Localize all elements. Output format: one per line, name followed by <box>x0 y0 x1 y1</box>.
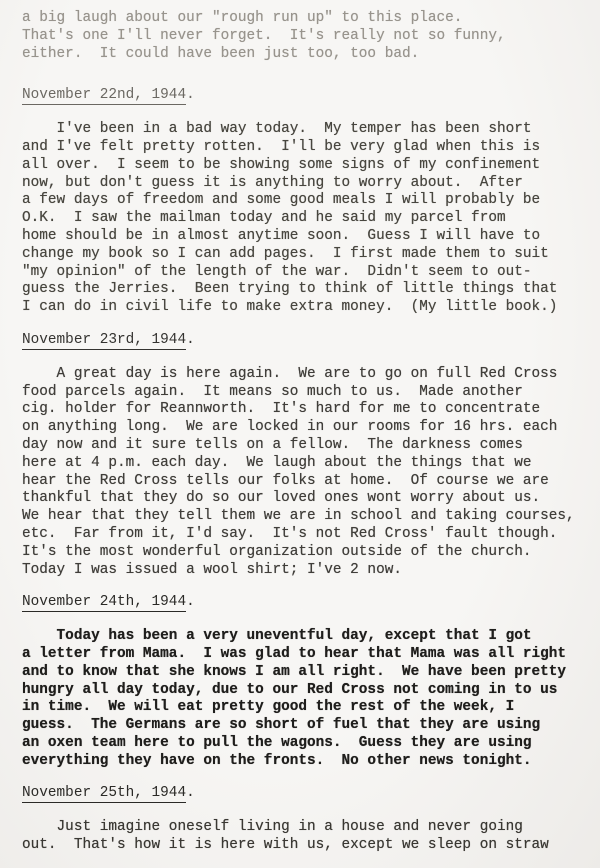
entry-date: November 22nd, 1944 <box>22 87 186 105</box>
entry-heading: November 23rd, 1944. <box>22 332 592 350</box>
entry-date-period: . <box>186 332 195 348</box>
entry-date: November 25th, 1944 <box>22 785 186 803</box>
entry-heading: November 22nd, 1944. <box>22 87 592 105</box>
entry-body: Just imagine oneself living in a house a… <box>22 819 592 855</box>
diary-entry-nov-23: November 23rd, 1944. A great day is here… <box>22 332 592 579</box>
entry-body: I've been in a bad way today. My temper … <box>22 121 592 317</box>
diary-entry-nov-25: November 25th, 1944. Just imagine onesel… <box>22 785 592 854</box>
entry-date-period: . <box>186 87 195 103</box>
entry-date-period: . <box>186 594 195 610</box>
diary-entry-nov-22: November 22nd, 1944. I've been in a bad … <box>22 87 592 317</box>
diary-entry-nov-24: November 24th, 1944. Today has been a ve… <box>22 594 592 770</box>
entry-body: Today has been a very uneventful day, ex… <box>22 628 592 770</box>
entry-date: November 24th, 1944 <box>22 594 186 612</box>
entry-body: A great day is here again. We are to go … <box>22 366 592 580</box>
entry-date: November 23rd, 1944 <box>22 332 186 350</box>
continued-paragraph: a big laugh about our "rough run up" to … <box>22 10 592 63</box>
entry-heading: November 24th, 1944. <box>22 594 592 612</box>
entry-date-period: . <box>186 785 195 801</box>
diary-page: a big laugh about our "rough run up" to … <box>0 0 600 868</box>
entry-heading: November 25th, 1944. <box>22 785 592 803</box>
